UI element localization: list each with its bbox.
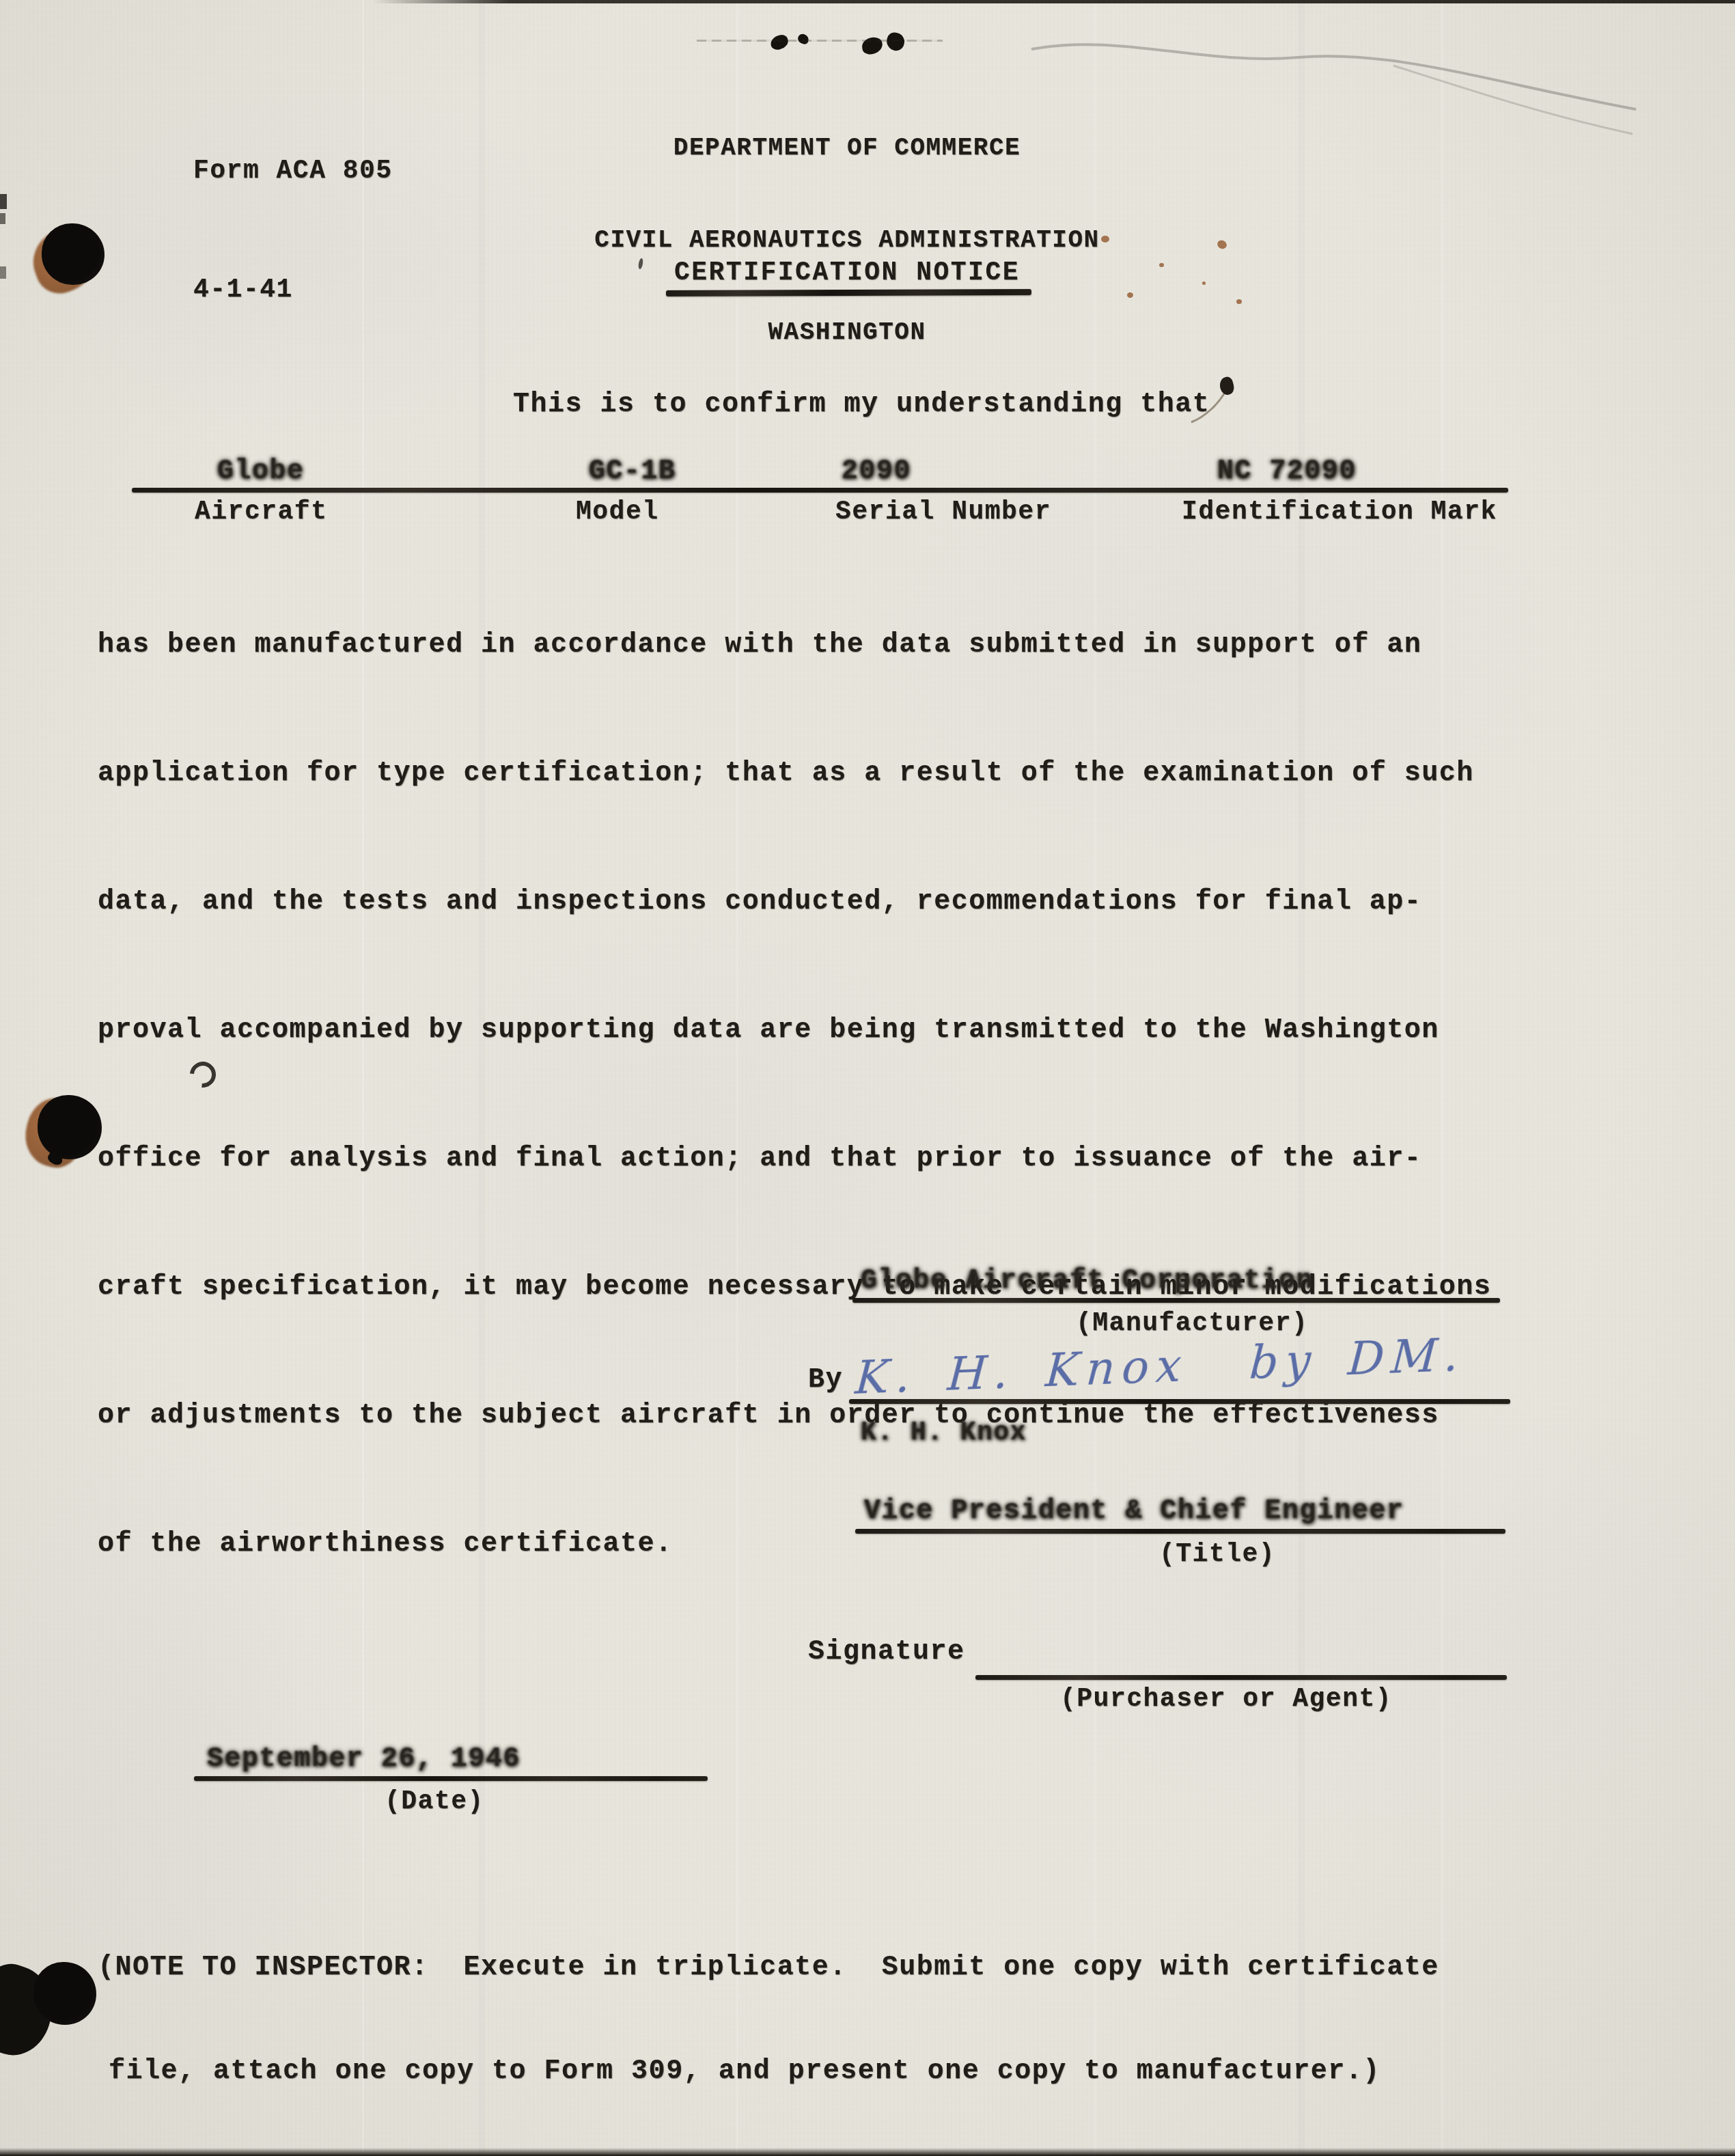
administration-name: CIVIL AERONAUTICS ADMINISTRATION: [430, 225, 1264, 255]
hole-punch: [33, 1962, 96, 2025]
body-line: data, and the tests and inspections cond…: [98, 869, 1573, 936]
signature-label: Signature: [808, 1637, 965, 1668]
field-value-identification-mark: NC 72090: [1217, 456, 1357, 487]
document-title: CERTIFICATION NOTICE: [577, 258, 1117, 288]
purchaser-signature-rule: [975, 1675, 1507, 1680]
rust-speck: [1159, 263, 1164, 267]
ink-blob: [885, 31, 906, 53]
hole-punch: [42, 223, 105, 285]
agency-header: DEPARTMENT OF COMMERCE CIVIL AERONAUTICS…: [430, 71, 1264, 409]
body-line: application for type certification; that…: [98, 741, 1573, 807]
title-rule: [855, 1529, 1505, 1534]
manufacturer-label: (Manufacturer): [1076, 1309, 1308, 1338]
ink-blob: [796, 33, 810, 46]
field-value-serial-number: 2090: [842, 456, 911, 487]
signer-typed-name: K. H. Knox: [861, 1418, 1027, 1448]
body-line: craft specification, it may become neces…: [98, 1254, 1573, 1321]
edge-tick: [0, 213, 5, 224]
edge-tick: [0, 194, 7, 209]
rust-speck: [1101, 236, 1109, 243]
ink-smudge-line: [697, 40, 943, 42]
by-signature-rule: [849, 1399, 1510, 1404]
department-name: DEPARTMENT OF COMMERCE: [430, 133, 1264, 163]
body-paragraph: has been manufactured in accordance with…: [98, 551, 1573, 1640]
field-label-model: Model: [576, 497, 659, 527]
purchaser-label: (Purchaser or Agent): [1060, 1685, 1392, 1714]
scanned-certification-notice: Form ACA 805 4-1-41 DEPARTMENT OF COMMER…: [0, 0, 1735, 2156]
rust-speck: [1127, 292, 1133, 298]
date-value: September 26, 1946: [207, 1744, 520, 1775]
field-label-aircraft: Aircraft: [195, 497, 327, 527]
title-label: (Title): [1159, 1540, 1275, 1569]
rust-speck: [1202, 281, 1206, 285]
field-label-serial-number: Serial Number: [835, 497, 1051, 527]
by-label: By: [808, 1365, 843, 1396]
scan-edge-top: [372, 0, 1735, 3]
fields-rule: [132, 488, 1508, 493]
body-line: has been manufactured in accordance with…: [98, 612, 1573, 679]
body-line: office for analysis and final action; an…: [98, 1126, 1573, 1193]
manufacturer-rule: [852, 1298, 1500, 1303]
date-rule: [194, 1776, 708, 1781]
field-value-model: GC-1B: [589, 456, 676, 487]
ink-blob: [769, 33, 790, 51]
manufacturer-name: Globe Aircraft Corporation: [861, 1266, 1314, 1297]
field-label-identification-mark: Identification Mark: [1182, 497, 1497, 527]
form-number: Form ACA 805: [193, 152, 393, 191]
rust-speck: [1236, 299, 1242, 304]
edge-tick: [0, 266, 6, 279]
form-id-block: Form ACA 805 4-1-41: [193, 72, 393, 389]
title-underline: [666, 289, 1031, 296]
field-value-aircraft: Globe: [217, 456, 305, 487]
agency-city: WASHINGTON: [430, 317, 1264, 348]
intro-line: This is to confirm my understanding that: [513, 389, 1210, 420]
signer-title: Vice President & Chief Engineer: [864, 1496, 1404, 1527]
form-revision-date: 4-1-41: [193, 271, 393, 310]
inspector-note: (NOTE TO INSPECTOR: Execute in triplicat…: [98, 1885, 1439, 2155]
body-line: proval accompanied by supporting data ar…: [98, 997, 1573, 1064]
hole-punch: [38, 1095, 102, 1159]
date-label: (Date): [385, 1787, 484, 1816]
inspector-note-line: (NOTE TO INSPECTOR: Execute in triplicat…: [98, 1947, 1439, 1989]
inspector-note-line: file, attach one copy to Form 309, and p…: [98, 2051, 1439, 2093]
